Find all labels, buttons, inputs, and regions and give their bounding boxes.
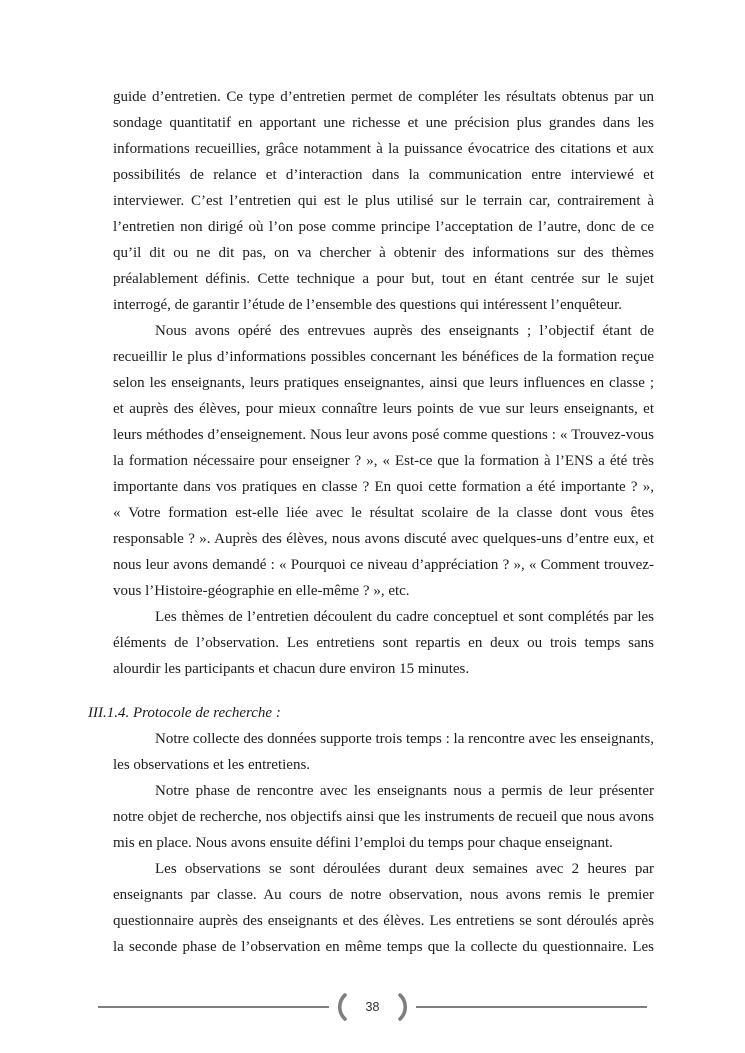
section-heading: III.1.4. Protocole de recherche : bbox=[88, 700, 654, 726]
body-paragraph: Les observations se sont déroulées duran… bbox=[113, 856, 654, 960]
footer-rule-left bbox=[98, 1006, 329, 1008]
page-number-bracket-left-icon bbox=[334, 992, 348, 1022]
footer-rule-right bbox=[416, 1006, 647, 1008]
text-block: guide d’entretien. Ce type d’entretien p… bbox=[113, 84, 654, 960]
page-footer: 38 bbox=[98, 992, 647, 1022]
body-paragraph: Notre phase de rencontre avec les enseig… bbox=[113, 778, 654, 856]
body-paragraph: Les thèmes de l’entretien découlent du c… bbox=[113, 604, 654, 682]
body-paragraph: guide d’entretien. Ce type d’entretien p… bbox=[113, 84, 654, 318]
page-number: 38 bbox=[353, 992, 393, 1022]
body-paragraph: Nous avons opéré des entrevues auprès de… bbox=[113, 318, 654, 604]
page-number-bracket-right-icon bbox=[397, 992, 411, 1022]
body-paragraph: Notre collecte des données supporte troi… bbox=[113, 726, 654, 778]
